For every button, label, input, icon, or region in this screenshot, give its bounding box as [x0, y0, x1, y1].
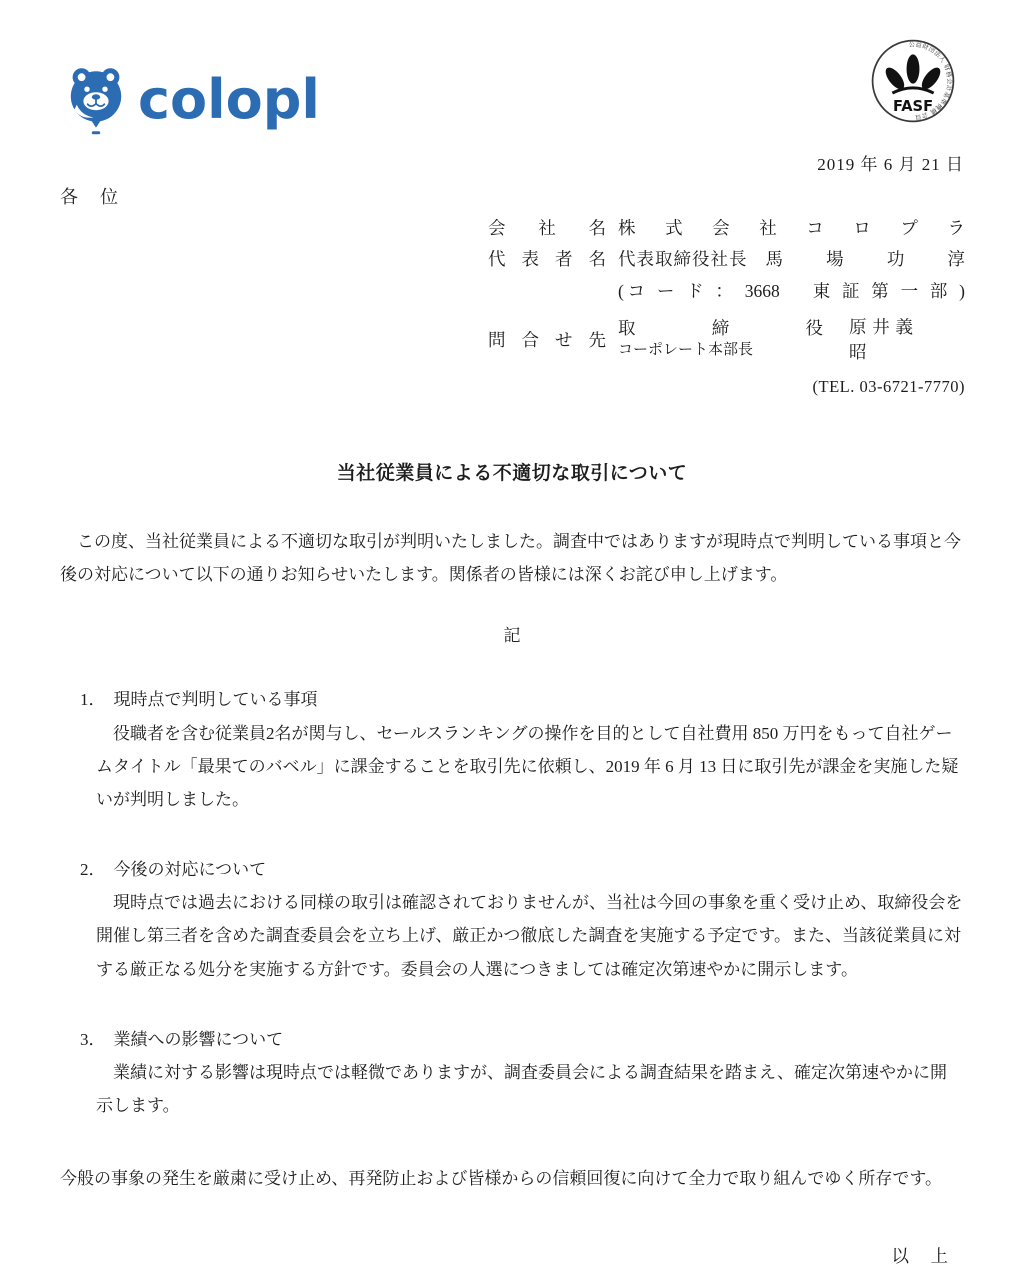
release-date: 2019 年 6 月 21 日: [60, 150, 964, 175]
contact-title-block: 取 締 役 コーポレート本部長: [618, 317, 823, 361]
stock-code-line: (コ ー ド ： 3668 東 証 第 一 部 ): [618, 275, 965, 308]
section-2: 2． 今後の対応について 現時点では過去における同様の取引は確認されておりません…: [80, 854, 964, 986]
section-2-body: 現時点では過去における同様の取引は確認されておりませんが、当社は今回の事象を重く…: [96, 886, 964, 985]
colopl-logo: colopl: [60, 58, 320, 147]
intro-paragraph: この度、当社従業員による不適切な取引が判明いたしました。調査中ではありますが現時…: [60, 525, 964, 591]
contact-row: 問合せ先 取 締 役 コーポレート本部長 原 井 義 昭: [488, 314, 965, 364]
representative-value: 代表取締役社長 馬 場 功 淳: [618, 244, 965, 275]
closing-marker: 以 上: [60, 1243, 964, 1268]
section-1-heading-text: 現時点で判明している事項: [114, 684, 318, 716]
company-info-block: 会社名 株 式 会 社 コ ロ プ ラ 代表者名 代表取締役社長 馬 場 功 淳…: [488, 213, 965, 402]
representative-label: 代表者名: [488, 244, 606, 275]
section-2-heading-text: 今後の対応について: [114, 854, 267, 886]
ki-marker: 記: [60, 621, 964, 646]
closing-paragraph: 今般の事象の発生を厳粛に受け止め、再発防止および皆様からの信頼回復に向けて全力で…: [60, 1162, 964, 1195]
section-3: 3． 業績への影響について 業績に対する影響は現時点では軽微でありますが、調査委…: [80, 1024, 964, 1123]
section-1: 1． 現時点で判明している事項 役職者を含む従業員2名が関与し、セールスランキン…: [80, 684, 964, 816]
section-1-heading: 1． 現時点で判明している事項: [80, 684, 964, 716]
representative-name: 馬 場 功 淳: [766, 244, 966, 275]
section-2-heading: 2． 今後の対応について: [80, 854, 964, 886]
document-title: 当社従業員による不適切な取引について: [60, 458, 964, 485]
section-1-number: 1．: [80, 684, 106, 716]
contact-label: 問合せ先: [488, 327, 606, 352]
contact-tel: (TEL. 03-6721-7770): [488, 372, 965, 402]
colopl-wordmark: colopl: [138, 73, 320, 127]
section-3-body: 業績に対する影響は現時点では軽微でありますが、調査委員会による調査結果を踏まえ、…: [96, 1056, 964, 1122]
representative-title: 代表取締役社長: [618, 244, 748, 275]
section-3-heading: 3． 業績への影響について: [80, 1024, 964, 1056]
company-name-value: 株 式 会 社 コ ロ プ ラ: [618, 213, 965, 244]
addressee: 各 位: [60, 183, 964, 209]
contact-name: 原 井 義 昭: [849, 314, 913, 364]
company-name-row: 会社名 株 式 会 社 コ ロ プ ラ: [488, 213, 965, 244]
section-2-number: 2．: [80, 854, 106, 886]
section-3-heading-text: 業績への影響について: [114, 1024, 284, 1056]
section-1-body: 役職者を含む従業員2名が関与し、セールスランキングの操作を目的として自社費用 8…: [96, 717, 964, 816]
fasf-label: FASF: [893, 98, 933, 115]
representative-row: 代表者名 代表取締役社長 馬 場 功 淳: [488, 244, 965, 275]
company-name-label: 会社名: [488, 213, 606, 244]
press-release-page: colopl 公益財団法人 財務会計基準機構 会員 FASF 2019 年 6 …: [0, 0, 1024, 1270]
colopl-balloon-bear-icon: [60, 58, 132, 147]
section-3-number: 3．: [80, 1024, 106, 1056]
contact-title-line2: コーポレート本部長: [618, 339, 823, 361]
contact-title-line1: 取 締 役: [618, 317, 823, 339]
fasf-member-badge-icon: 公益財団法人 財務会計基準機構 会員 FASF: [870, 38, 956, 129]
brand-row: colopl 公益財団法人 財務会計基準機構 会員 FASF: [60, 50, 964, 136]
